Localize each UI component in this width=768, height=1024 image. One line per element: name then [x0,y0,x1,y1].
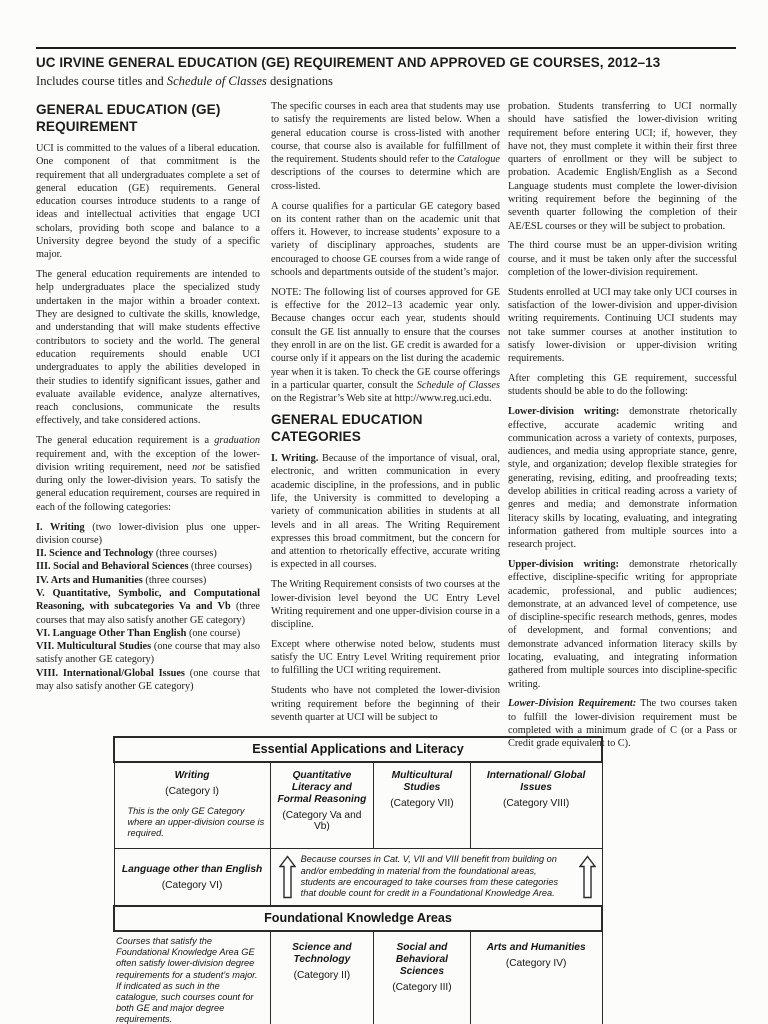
foundational-knowledge-band: Foundational Knowledge Areas [114,906,602,931]
cell-title: Arts and Humanities [474,942,599,954]
header-rule [36,47,736,49]
text-run: (three courses) [188,561,251,572]
paragraph: The specific courses in each area that s… [271,100,500,193]
text-run: The general education requirement is a [36,435,214,446]
cell-category: (Category I) [118,786,267,797]
cell-title: Writing [118,770,267,782]
category-list-item: III. Social and Behavioral Sciences (thr… [36,560,260,573]
cell-title: Language other than English [115,864,270,876]
paragraph: probation. Students transferring to UCI … [508,100,737,233]
text-run: II. Science and Technology [36,548,153,559]
text-run: (one course) [186,628,240,639]
up-arrow-icon [279,855,296,899]
category-list-item: II. Science and Technology (three course… [36,547,260,560]
document-page: UC IRVINE GENERAL EDUCATION (GE) REQUIRE… [0,0,768,1024]
text-run: III. Social and Behavioral Sciences [36,561,188,572]
cell-title: Quantitative Literacy and Formal Reasoni… [274,770,370,806]
cell-quantitative-literacy: Quantitative Literacy and Formal Reasoni… [270,762,373,849]
cell-language-other-than-english: Language other than English (Category VI… [114,849,270,907]
cell-category: (Category IV) [474,958,599,969]
ge-diagram-table: Essential Applications and Literacy Writ… [113,736,603,1024]
document-title: UC IRVINE GENERAL EDUCATION (GE) REQUIRE… [36,55,746,70]
text-run: Students who have not completed the lowe… [271,685,500,723]
column-2: The specific courses in each area that s… [271,100,500,757]
text-run: Lower-division writing: [508,406,619,417]
text-run: designations [267,74,333,88]
paragraph: The third course must be an upper-divisi… [508,239,737,279]
category-list-item: V. Quantitative, Symbolic, and Computati… [36,587,260,627]
text-run: After completing this GE requirement, su… [508,373,737,397]
paragraph: Except where otherwise noted below, stud… [271,638,500,678]
text-run: IV. Arts and Humanities [36,575,143,586]
foundational-note: Courses that satisfy the Foundational Kn… [116,936,262,1024]
text-run: Upper-division writing: [508,559,619,570]
section-heading: GENERAL EDUCATION CATEGORIES [271,412,500,445]
cell-writing: Writing (Category I) This is the only GE… [114,762,270,849]
section-heading: GENERAL EDUCATION (GE) REQUIREMENT [36,102,260,135]
text-run: (three courses) [153,548,216,559]
cell-category: (Category Va and Vb) [274,810,370,832]
cell-multicultural-studies: Multicultural Studies (Category VII) [374,762,471,849]
text-run: GENERAL EDUCATION CATEGORIES [271,412,423,444]
cell-title: Science and Technology [274,942,370,966]
text-run: VIII. International/Global Issues [36,668,185,679]
text-run: I. Writing [36,522,85,533]
text-run: V. Quantitative, Symbolic, and Computati… [36,588,260,612]
text-run: VI. Language Other Than English [36,628,186,639]
text-run: demonstrate rhetorically effective, accu… [508,406,737,550]
text-run: The third course must be an upper-divisi… [508,240,737,278]
paragraph: The general education requirements are i… [36,268,260,428]
cell-title: International/ Global Issues [486,770,586,794]
column-1: GENERAL EDUCATION (GE) REQUIREMENTUCI is… [36,100,260,757]
cell-title: Social and Behavioral Sciences [377,942,467,978]
text-run: graduation [214,435,260,446]
cell-social-behavioral-sciences: Social and Behavioral Sciences (Category… [374,931,471,1024]
text-run: The Writing Requirement consists of two … [271,579,500,630]
paragraph: Students who have not completed the lowe… [271,684,500,724]
paragraph: Lower-division writing: demonstrate rhet… [508,405,737,551]
text-run: I. Writing. [271,453,318,464]
text-run: (three courses) [143,575,206,586]
paragraph: UCI is committed to the values of a libe… [36,142,260,262]
cell-category: (Category VIII) [474,798,599,809]
category-list-item: VIII. International/Global Issues (one c… [36,667,260,694]
text-run: demonstrate rhetorically effective, disc… [508,559,737,690]
paragraph: NOTE: The following list of courses appr… [271,286,500,406]
paragraph: I. Writing. Because of the importance of… [271,452,500,572]
text-run: A course qualifies for a particular GE c… [271,201,500,278]
text-run: probation. Students transferring to UCI … [508,101,737,232]
text-run: Includes course titles and [36,74,167,88]
ge-structure-diagram: Essential Applications and Literacy Writ… [113,736,603,1024]
cell-category: (Category III) [377,982,467,993]
text-run: Catalogue [457,154,500,165]
paragraph: Upper-division writing: demonstrate rhet… [508,558,737,691]
text-run: GENERAL EDUCATION (GE) REQUIREMENT [36,102,220,134]
paragraph: Students enrolled at UCI may take only U… [508,286,737,366]
paragraph: A course qualifies for a particular GE c… [271,200,500,280]
cell-science-and-technology: Science and Technology (Category II) [270,931,373,1024]
text-run: descriptions of the courses to determine… [271,167,500,191]
body-columns: GENERAL EDUCATION (GE) REQUIREMENTUCI is… [36,100,737,757]
text-run: NOTE: The following list of courses appr… [271,287,500,391]
category-list-item: VI. Language Other Than English (one cou… [36,627,260,640]
text-run: on the Registrar’s Web site at http://ww… [271,393,492,404]
cell-title: Multicultural Studies [377,770,467,794]
cell-international-global-issues: International/ Global Issues (Category V… [470,762,602,849]
text-run: not [192,462,205,473]
text-run: Schedule of Classes [167,74,267,88]
paragraph: After completing this GE requirement, su… [508,372,737,399]
essential-applications-band: Essential Applications and Literacy [114,737,602,762]
text-run: Except where otherwise noted below, stud… [271,639,500,677]
writing-note: This is the only GE Category where an up… [128,806,265,839]
cell-category: (Category II) [274,970,370,981]
cell-category: (Category VI) [115,880,270,891]
text-run: VII. Multicultural Studies [36,641,151,652]
text-run: UCI is committed to the values of a libe… [36,143,260,260]
cell-arts-and-humanities: Arts and Humanities (Category IV) [470,931,602,1024]
bridge-note-cell: Because courses in Cat. V, VII and VIII … [270,849,602,907]
paragraph: The general education requirement is a g… [36,434,260,514]
category-list-item: VII. Multicultural Studies (one course t… [36,640,260,667]
text-run: Lower-Division Requirement: [508,698,636,709]
cell-category: (Category VII) [377,798,467,809]
up-arrow-icon [579,855,596,899]
text-run: Because of the importance of visual, ora… [271,453,500,570]
column-3: probation. Students transferring to UCI … [508,100,737,757]
bridge-note: Because courses in Cat. V, VII and VIII … [301,854,574,899]
category-list-item: I. Writing (two lower-division plus one … [36,521,260,548]
text-run: The general education requirements are i… [36,269,260,426]
paragraph: The Writing Requirement consists of two … [271,578,500,631]
text-run: Students enrolled at UCI may take only U… [508,287,737,364]
document-subtitle: Includes course titles and Schedule of C… [36,74,333,89]
text-run: Schedule of Classes [417,380,500,391]
foundational-note-cell: Courses that satisfy the Foundational Kn… [114,931,270,1024]
category-list-item: IV. Arts and Humanities (three courses) [36,574,260,587]
